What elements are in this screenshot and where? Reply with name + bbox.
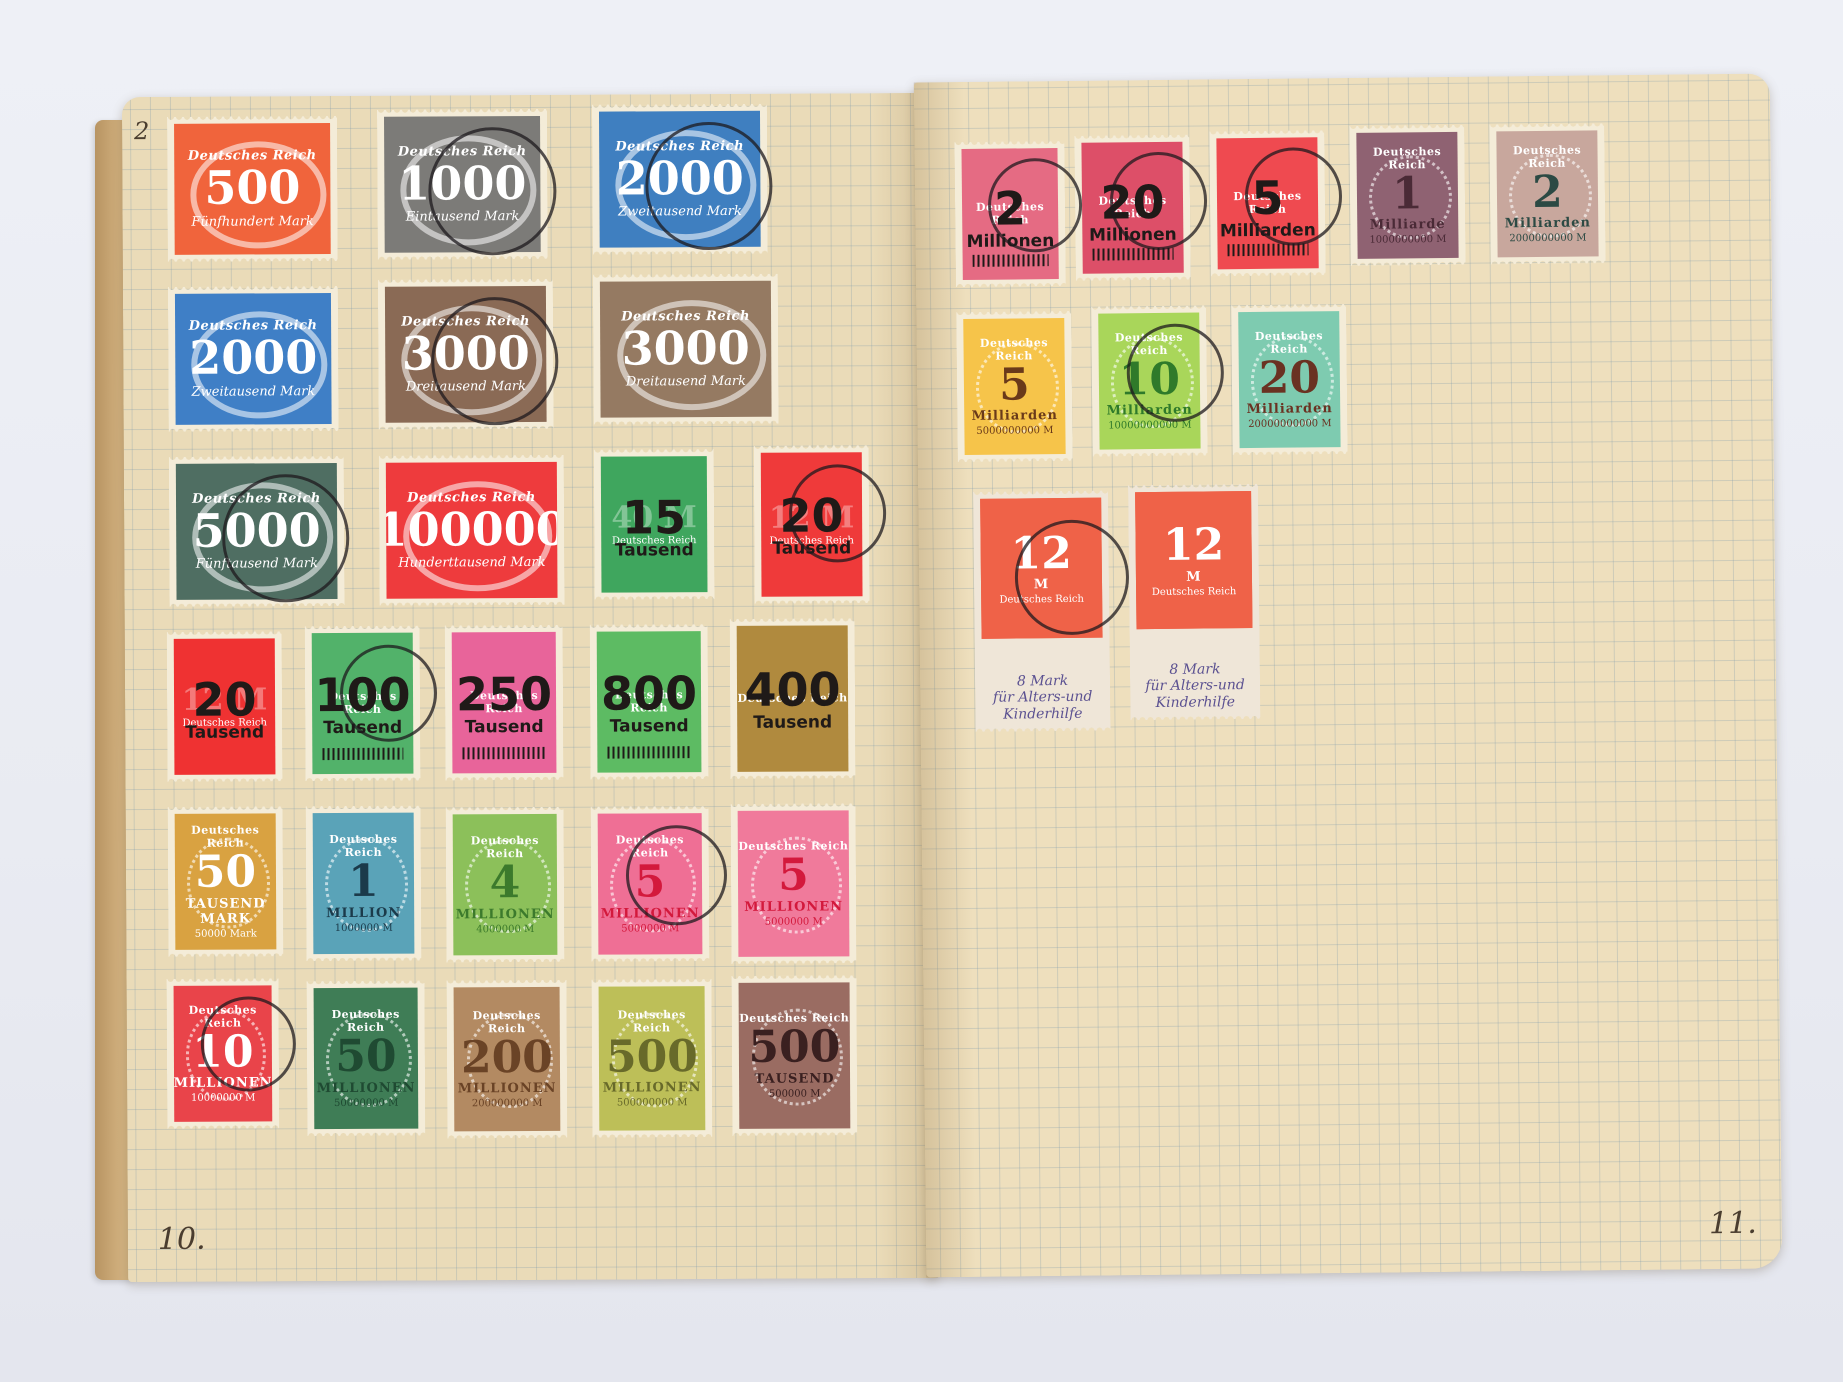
stamp-bottom-text: 10000000 M xyxy=(191,1093,255,1104)
overprint-value: 20 xyxy=(192,677,256,723)
charity-caption-line: für Alters-und xyxy=(1130,677,1260,695)
stamp: Deutsches Reich5MILLIONEN5000000 M xyxy=(731,803,857,964)
stamp: Deutsches Reich20Millionen xyxy=(1074,135,1191,281)
stamp-value: 12 xyxy=(1163,523,1225,570)
stamp-value: 2000 xyxy=(616,154,744,203)
stamp-design: Deutsches Reich5Milliarden5000000000 M xyxy=(963,318,1065,455)
stamp: 12 M20TausendDeutsches Reich xyxy=(167,631,283,782)
stamp: Deutsches Reich3000Dreitausend Mark xyxy=(378,279,554,430)
stamp-design: Deutsches Reich100Tausend xyxy=(312,633,414,775)
overprint: 5Milliarden xyxy=(1217,174,1319,241)
stamp-bottom-text: 1000000000 M xyxy=(1369,234,1446,246)
stamp-value: 1000 xyxy=(398,159,526,208)
stamp: Deutsches Reich4MILLIONEN4000000 M xyxy=(446,807,565,963)
stamp: Deutsches Reich20Milliarden20000000000 M xyxy=(1231,304,1348,455)
stamp-design: Deutsches Reich20Millionen xyxy=(1081,142,1183,274)
overprint: 20Tausend xyxy=(761,493,862,560)
stamp-bottom-text: Fünftausend Mark xyxy=(196,556,318,572)
stamp: 12MDeutsches Reich8 Markfür Alters-undKi… xyxy=(1128,484,1260,720)
stamp-bottom-text: 5000000 M xyxy=(621,923,679,934)
stamp-value: 5 xyxy=(999,362,1030,409)
stamp-bottom-text: Zweitausend Mark xyxy=(618,204,742,220)
stamp-design: Deutsches Reich500Fünfhundert Mark xyxy=(174,123,331,255)
stamp: Deutsches Reich200MILLIONEN200000000 M xyxy=(447,980,568,1139)
charity-caption-line: 8 Mark xyxy=(975,672,1110,690)
stamp-bottom-text: Hunderttausend Mark xyxy=(398,555,545,571)
stamp-bottom-text: Deutsches Reich xyxy=(1152,586,1237,598)
stamp-value: 2 xyxy=(1532,170,1563,217)
stamp: Deutsches Reich5MILLIONEN5000000 M xyxy=(591,806,710,962)
stamp-design: Deutsches Reich200MILLIONEN200000000 M xyxy=(454,987,561,1132)
stamp-design: Deutsches Reich1000Eintausend Mark xyxy=(384,116,541,253)
overprint: 20Tausend xyxy=(174,676,275,743)
overprint: 20Millionen xyxy=(1082,178,1184,245)
stamp: 12MDeutsches Reich8 Markfür Alters-undKi… xyxy=(973,491,1111,732)
overprint: 800Tausend xyxy=(597,671,701,738)
overprint-bars xyxy=(972,254,1049,267)
stamp-value: 50 xyxy=(335,1034,396,1081)
overprint-word: Tausend xyxy=(615,540,694,560)
stamp: Deutsches Reich1MILLION1000000 M xyxy=(306,806,422,962)
stamp: Deutsches Reich2000Zweitausend Mark xyxy=(168,286,339,432)
stamp-denomination-word: Milliarden xyxy=(1107,403,1193,419)
stamp-bottom-text: 4000000 M xyxy=(476,924,534,935)
stamp-denomination-word: TAUSEND MARK xyxy=(175,896,276,927)
overprint: 250Tausend xyxy=(452,671,556,738)
overprint-value: 2 xyxy=(994,185,1026,231)
stamp-design: Deutsches Reich50MILLIONEN50000000 M xyxy=(314,988,419,1130)
stamp: Deutsches Reich2Milliarden2000000000 M xyxy=(1489,123,1605,264)
stamp: Deutsches Reich500Fünfhundert Mark xyxy=(167,116,338,262)
overprint-word: Tausend xyxy=(323,718,402,738)
stamp-grid-right: Deutsches Reich2MillionenDeutsches Reich… xyxy=(914,74,1770,83)
stamp-design: Deutsches Reich20Milliarden20000000000 M xyxy=(1238,311,1340,448)
stamp-value: 4 xyxy=(490,860,521,906)
stamp-value: 2000 xyxy=(189,333,317,382)
stamp: Deutsches Reich10MILLIONEN10000000 M xyxy=(167,978,280,1129)
stamp: Deutsches Reich100Tausend xyxy=(305,626,421,782)
stamp-design: Deutsches Reich500MILLIONEN500000000 M xyxy=(599,986,706,1131)
stamp: Deutsches Reich2Millionen xyxy=(954,141,1066,287)
charity-caption-line: Kinderhilfe xyxy=(1130,694,1260,712)
stamp-design: Deutsches Reich10Milliarden10000000000 M xyxy=(1098,313,1200,450)
overprint-bars xyxy=(463,747,546,759)
charity-caption-line: für Alters-und xyxy=(975,689,1110,707)
stamp-design: Deutsches Reich2000Zweitausend Mark xyxy=(599,111,761,248)
stamp-bottom-text: Zweitausend Mark xyxy=(192,384,316,400)
stamp-value: 5 xyxy=(635,860,666,906)
stamp: 12 M20TausendDeutsches Reich xyxy=(754,445,870,604)
stamp-unit: M xyxy=(1034,577,1050,592)
stamp-value: 500 xyxy=(748,1025,840,1072)
stamp-value: 12 xyxy=(1010,531,1072,578)
overprint-bars xyxy=(322,748,403,760)
stamp: Deutsches Reich250Tausend xyxy=(445,625,564,781)
stamp-denomination-word: Milliarden xyxy=(1247,401,1333,417)
stamp-denomination-word: MILLIONEN xyxy=(456,906,555,922)
stamp-denomination-word: MILLION xyxy=(326,905,401,920)
stamp-design: Deutsches Reich250Tausend xyxy=(452,632,557,774)
stamp-value: 100000 xyxy=(386,505,558,554)
overprint: 400Tausend xyxy=(737,666,848,733)
stamp: Deutsches Reich500TAUSEND500000 M xyxy=(732,975,858,1136)
stamp-bottom-text: 5000000000 M xyxy=(976,425,1053,437)
overprint-value: 5 xyxy=(1251,174,1283,220)
stamp: Deutsches Reich50MILLIONEN50000000 M xyxy=(307,981,426,1137)
charity-caption: 8 Markfür Alters-undKinderhilfe xyxy=(975,672,1111,724)
overprint-word: Tausend xyxy=(753,712,832,732)
stamp: 40 M15TausendDeutsches Reich xyxy=(594,449,715,600)
page-number-left: 10. xyxy=(158,1222,206,1257)
stamp-design: Deutsches Reich100000Hunderttausend Mark xyxy=(386,462,558,599)
overprint-value: 20 xyxy=(1100,179,1164,226)
corner-mark: 2 xyxy=(134,117,149,145)
stamp-bottom-text: 5000000 M xyxy=(765,916,823,927)
stamp-value: 3000 xyxy=(622,324,750,373)
overprint-word: Millionen xyxy=(967,231,1055,252)
stamp-bottom-text: Dreitausend Mark xyxy=(626,374,746,390)
overprint-bars xyxy=(1093,248,1174,261)
stamp-design: Deutsches Reich1Milliarde1000000000 M xyxy=(1356,132,1458,259)
stamp-design: Deutsches Reich2Milliarden2000000000 M xyxy=(1496,130,1598,257)
stamp-design: 40 M15TausendDeutsches Reich xyxy=(601,456,708,593)
stamp-design: Deutsches Reich400Tausend xyxy=(737,625,849,772)
stamp-denomination-word: MILLIONEN xyxy=(601,906,700,922)
stamp-denomination-word: MILLIONEN xyxy=(458,1081,557,1097)
overprint-value: 15 xyxy=(622,494,686,540)
overprint: 100Tausend xyxy=(312,672,413,739)
stamp-design: Deutsches Reich10MILLIONEN10000000 M xyxy=(174,985,273,1122)
stamp-denomination-word: Milliarde xyxy=(1370,217,1446,233)
overprint-value: 400 xyxy=(744,666,840,713)
stamp-bottom-text: Fünfhundert Mark xyxy=(191,214,314,230)
stamp-design: 12 M20TausendDeutsches Reich xyxy=(761,452,863,597)
stamp-denomination-word: MILLIONEN xyxy=(174,1075,273,1091)
stamp-design: Deutsches Reich3000Dreitausend Mark xyxy=(600,281,772,418)
stamp-design: Deutsches Reich5000Fünftausend Mark xyxy=(176,463,338,600)
stamp: Deutsches Reich3000Dreitausend Mark xyxy=(593,274,779,425)
stamp: Deutsches Reich10Milliarden10000000000 M xyxy=(1091,305,1208,456)
stamp-value: 1 xyxy=(348,859,379,905)
stamp-design: Deutsches Reich800Tausend xyxy=(597,631,702,773)
stamp-denomination-word: Milliarden xyxy=(972,408,1058,424)
charity-caption-line: Kinderhilfe xyxy=(975,706,1110,724)
stamp: Deutsches Reich500MILLIONEN500000000 M xyxy=(592,979,713,1138)
stamp-bottom-text: 20000000000 M xyxy=(1248,418,1332,430)
stamp-bottom-text: 500000000 M xyxy=(617,1097,688,1108)
stamp-bottom-text: 10000000000 M xyxy=(1108,420,1192,432)
overprint-value: 100 xyxy=(314,672,410,719)
stamp-design: 12MDeutsches Reich xyxy=(980,498,1102,639)
charity-caption-line: 8 Mark xyxy=(1130,661,1260,679)
stamp-bottom-text: Deutsches Reich xyxy=(999,594,1084,606)
stamp: Deutsches Reich400Tausend xyxy=(730,618,856,779)
stamp-design: Deutsches Reich5MILLIONEN5000000 M xyxy=(598,813,703,955)
stamp: Deutsches Reich1000Eintausend Mark xyxy=(377,109,548,260)
page-number-right: 11. xyxy=(1709,1206,1757,1241)
stamp-bottom-text: Eintausend Mark xyxy=(406,209,520,225)
overprint-word: Milliarden xyxy=(1220,220,1316,241)
stamp-value: 20 xyxy=(1259,355,1321,402)
stamp-grid-left: Deutsches Reich500Fünfhundert MarkDeutsc… xyxy=(122,93,932,97)
stamp-value: 1 xyxy=(1392,171,1423,218)
stamp-bottom-text: 500000 M xyxy=(769,1088,821,1099)
stamp-denomination-word: MILLIONEN xyxy=(603,1080,702,1096)
stamp: Deutsches Reich800Tausend xyxy=(590,624,709,780)
stamp-value: 10 xyxy=(1119,357,1181,404)
stamp: Deutsches Reich5000Fünftausend Mark xyxy=(169,456,345,607)
stamp: Deutsches Reich5Milliarden5000000000 M xyxy=(956,311,1073,462)
overprint-word: Millionen xyxy=(1089,224,1177,245)
stamp-bottom-text: 50000000 M xyxy=(334,1097,398,1108)
stamp: Deutsches Reich2000Zweitausend Mark xyxy=(592,104,768,255)
stamp-denomination-word: Milliarden xyxy=(1505,216,1591,232)
stamp-value: 5 xyxy=(778,853,809,899)
stamp-design: Deutsches Reich5Milliarden xyxy=(1216,137,1318,269)
album-page-left: 2 Deutsches Reich500Fünfhundert MarkDeut… xyxy=(122,93,938,1282)
stamp-bottom-text: 1000000 M xyxy=(335,922,393,933)
stamp-bottom-text: 200000000 M xyxy=(472,1098,543,1109)
overprint-value: 800 xyxy=(601,671,697,718)
stamp: Deutsches Reich5Milliarden xyxy=(1209,130,1326,276)
stamp-design: Deutsches Reich500TAUSEND500000 M xyxy=(739,982,851,1129)
stamp-bottom-text: Dreitausend Mark xyxy=(406,379,526,395)
stamp: Deutsches Reich50TAUSEND MARK50000 Mark xyxy=(168,806,284,957)
overprint: 2Millionen xyxy=(962,185,1059,252)
stamp-design: Deutsches Reich2Millionen xyxy=(961,148,1058,280)
stamp-design: Deutsches Reich3000Dreitausend Mark xyxy=(385,286,547,423)
stamp-design: Deutsches Reich4MILLIONEN4000000 M xyxy=(453,814,558,956)
overprint-word: Tausend xyxy=(772,539,851,559)
stamp-value: 500 xyxy=(204,164,300,213)
overprint: 15Tausend xyxy=(601,494,707,561)
stamp: Deutsches Reich1Milliarde1000000000 M xyxy=(1349,125,1465,266)
stamp-denomination-word: MILLIONEN xyxy=(317,1080,416,1096)
charity-caption: 8 Markfür Alters-undKinderhilfe xyxy=(1130,661,1261,713)
overprint-word: Tausend xyxy=(610,717,689,737)
stamp: Deutsches Reich100000Hunderttausend Mark xyxy=(379,455,565,606)
stamp-value: 10 xyxy=(192,1029,253,1076)
stamp-value: 200 xyxy=(461,1035,553,1082)
stamp-denomination-word: TAUSEND xyxy=(755,1071,835,1086)
stamp-bottom-text: 50000 Mark xyxy=(195,928,257,939)
stamp-design: Deutsches Reich50TAUSEND MARK50000 Mark xyxy=(175,813,277,950)
stamp-design: Deutsches Reich1MILLION1000000 M xyxy=(313,813,415,955)
stamp-denomination-word: MILLIONEN xyxy=(744,899,843,915)
album-page-right: Deutsches Reich2MillionenDeutsches Reich… xyxy=(914,74,1782,1278)
stamp-value: 3000 xyxy=(402,329,530,378)
overprint-word: Tausend xyxy=(465,717,544,737)
stamp-unit: M xyxy=(1186,569,1202,584)
overprint-value: 20 xyxy=(779,493,843,539)
overprint-bars xyxy=(608,746,691,758)
stamp-design: Deutsches Reich5MILLIONEN5000000 M xyxy=(738,810,850,957)
stamp-design: 12MDeutsches Reich xyxy=(1135,491,1252,629)
overprint-bars xyxy=(1228,243,1309,256)
stamp-bottom-text: 2000000000 M xyxy=(1509,233,1586,245)
overprint-word: Tausend xyxy=(185,722,264,742)
stamp-value: 50 xyxy=(195,850,256,897)
stamp-value: 5000 xyxy=(193,506,321,555)
stamp-value: 500 xyxy=(606,1034,698,1081)
stamp-design: 12 M20TausendDeutsches Reich xyxy=(174,638,276,775)
overprint-value: 250 xyxy=(456,671,552,718)
stamp-design: Deutsches Reich2000Zweitausend Mark xyxy=(175,293,332,425)
